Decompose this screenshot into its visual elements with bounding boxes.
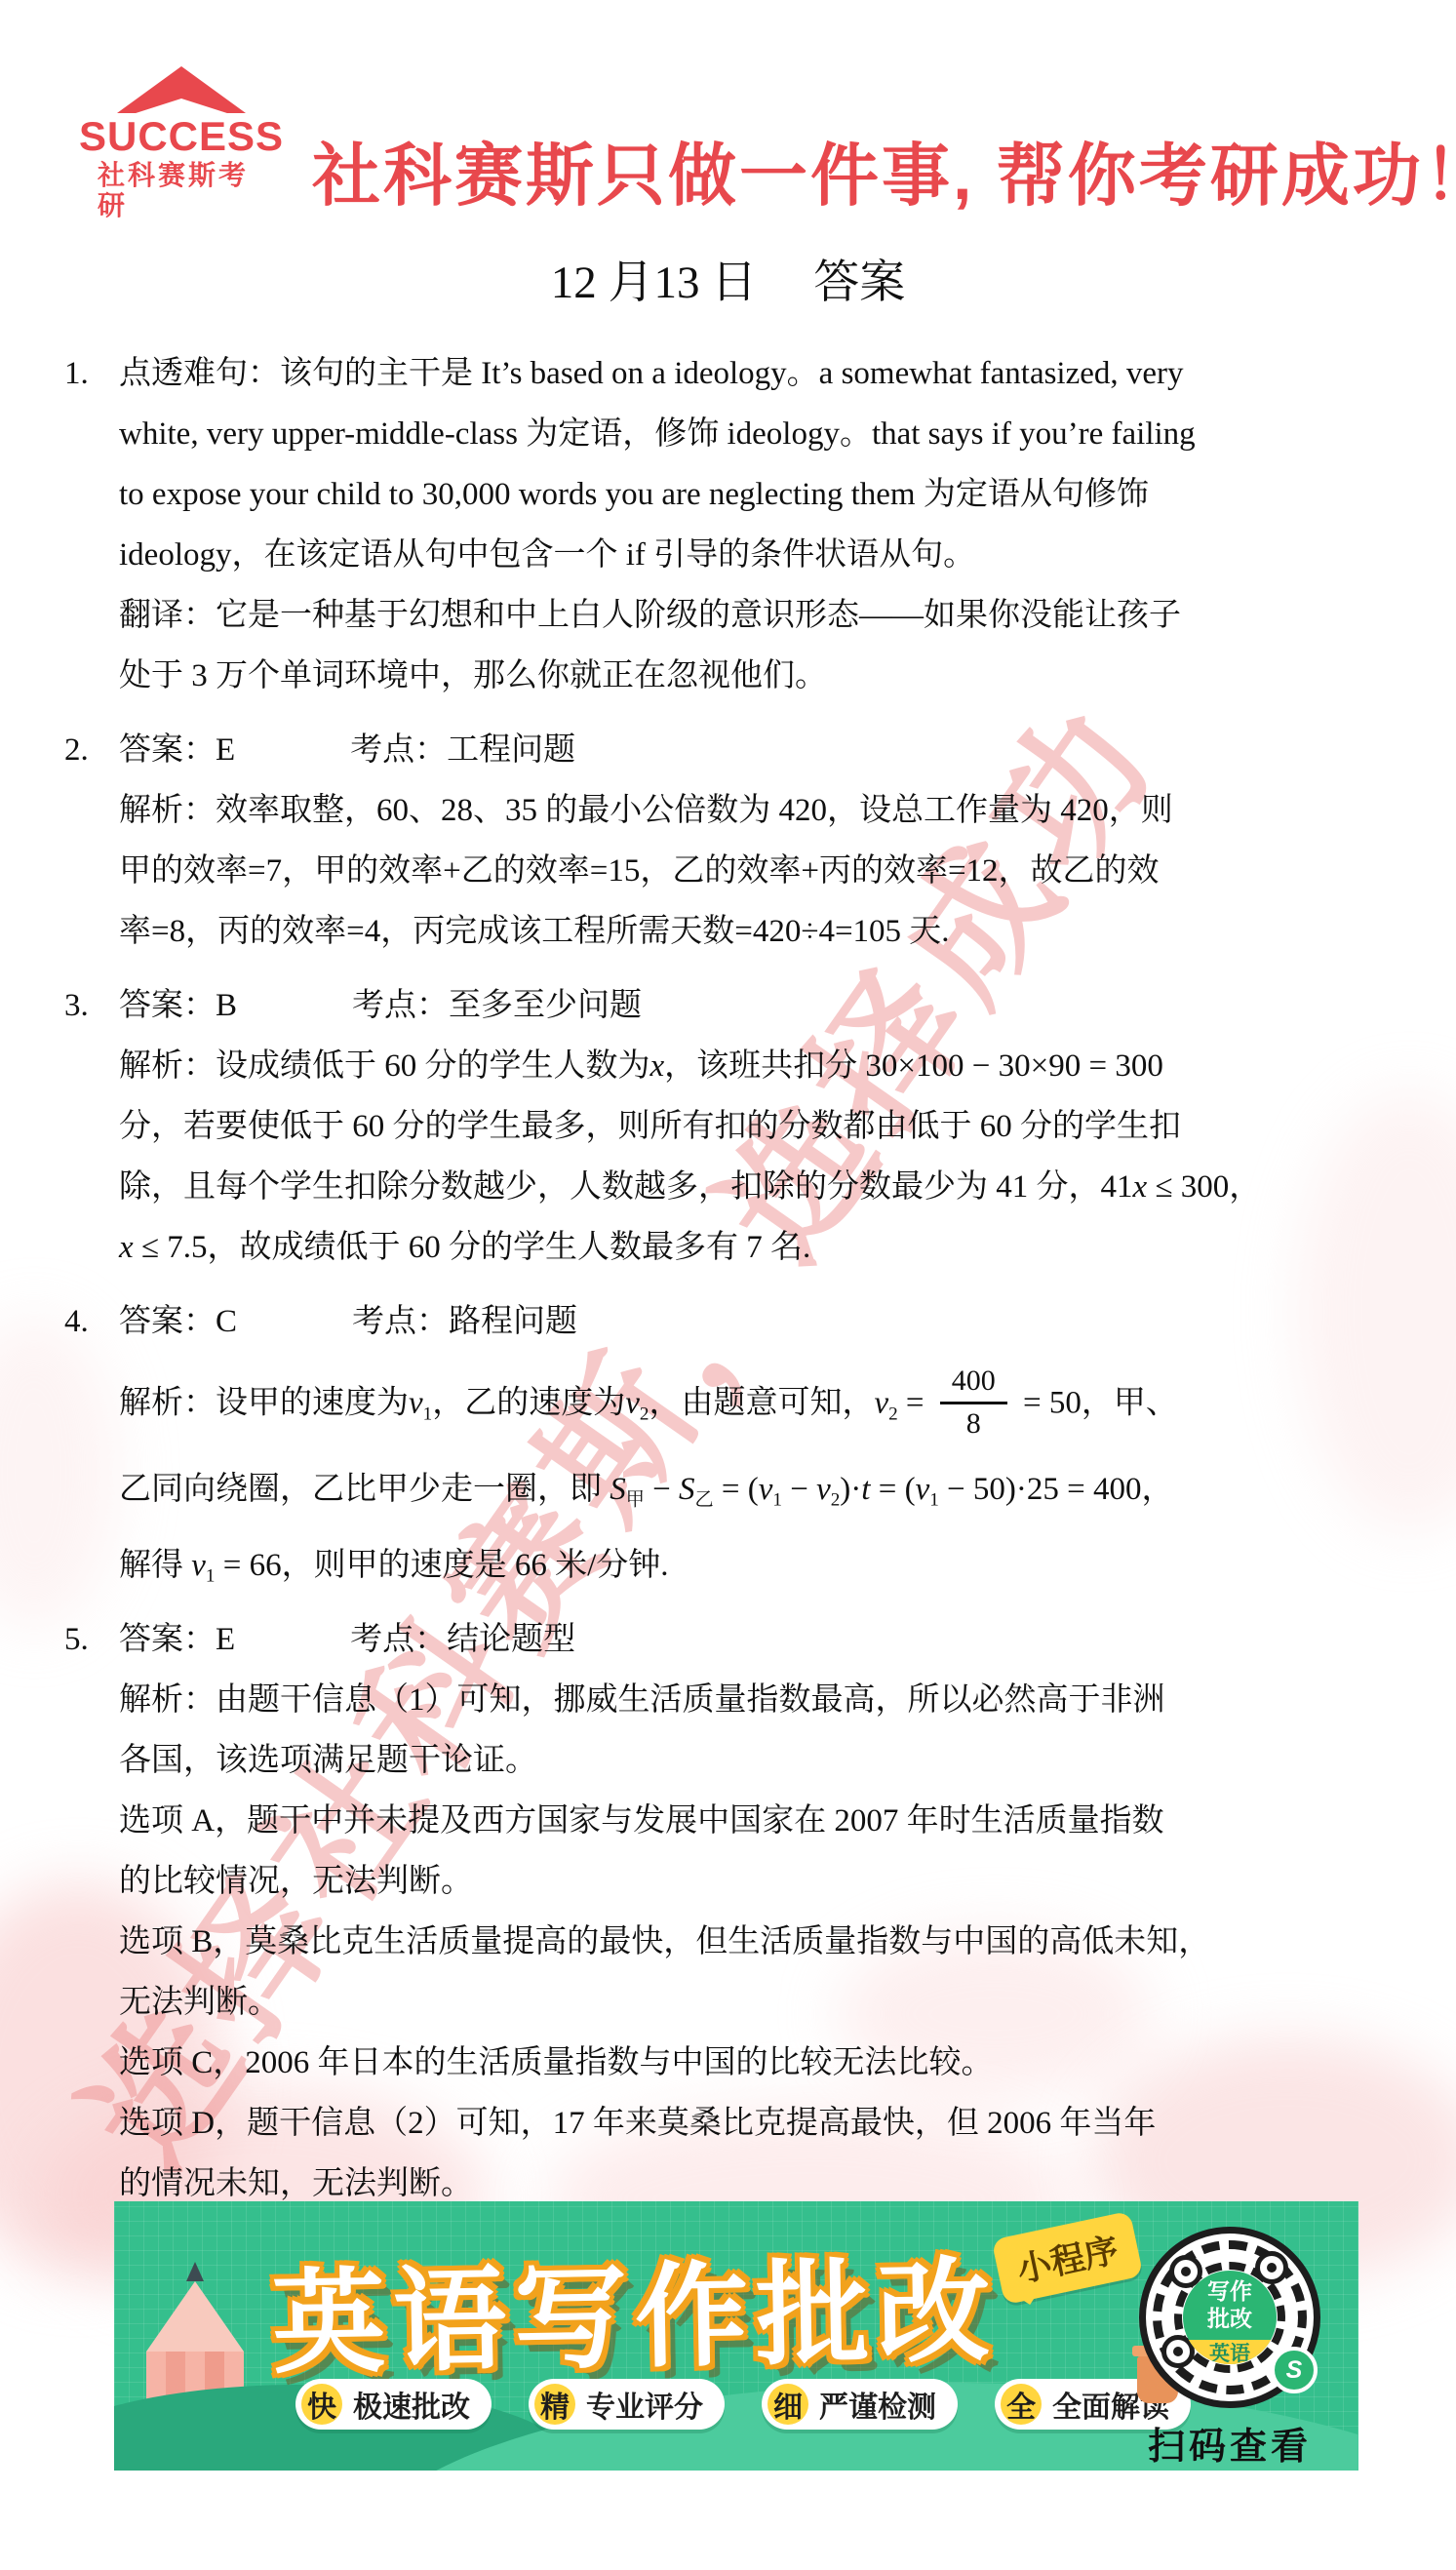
math-subscript: 2 [831,1490,841,1511]
math-fraction: 4008 [940,1364,1007,1441]
answers-list: 1.点透难句：该句的主干是 It’s based on a ideology。a… [64,343,1399,2228]
math-variable: x [650,1048,665,1084]
roof-triangle-icon [117,66,246,113]
answer-line: 解析：设甲的速度为v1，乙的速度为v2，由题意可知，v2 = 4008 = 50… [119,1367,1399,1443]
answer-line: 的比较情况，无法判断。 [119,1851,1399,1912]
answer-line: 答案：E考点：结论题型 [119,1609,1399,1670]
answer-line: ideology，在该定语从句中包含一个 if 引导的条件状语从句。 [119,525,1399,585]
header: SUCCESS 社科赛斯考研 社科赛斯只做一件事, 帮你考研成功！ [98,66,1397,221]
answer-body: 答案：E考点：工程问题解析：效率取整，60、28、35 的最小公倍数为 420，… [119,720,1399,962]
answer-line: x ≤ 7.5，故成绩低于 60 分的学生人数最多有 7 名. [119,1217,1399,1278]
answer-line: 各国，该选项满足题干论证。 [119,1730,1399,1791]
qr-center-line2: 批改 [1183,2305,1277,2332]
success-logo: SUCCESS 社科赛斯考研 [98,66,265,221]
title-date: 12 月13 日 [551,257,758,308]
math-subscript: 1 [772,1490,782,1511]
answer-number: 3. [64,975,119,1278]
answer-line: 分，若要使低于 60 分的学生最多，则所有扣的分数都由低于 60 分的学生扣 [119,1096,1399,1157]
answer-item: 5.答案：E考点：结论题型解析：由题干信息（1）可知，挪威生活质量指数最高，所以… [64,1609,1399,2214]
banner-title: 英语写作批改 [271,2221,1000,2396]
math-subscript: 1 [929,1490,939,1511]
title-label: 答案 [813,257,905,308]
answer-number: 4. [64,1291,119,1596]
pencil-cone [146,2281,244,2352]
math-variable: v [409,1386,423,1421]
scan-label: 扫码查看 [1115,2416,1345,2470]
answer-line: 乙同向绕圈，乙比甲少走一圈，即 S甲 − S乙 = (v1 − v2)·t = … [119,1459,1399,1520]
fraction-numerator: 400 [940,1364,1007,1404]
pencil-tip [186,2262,204,2281]
answer-line: 无法判断。 [119,1972,1399,2033]
document-page: 选择社科赛斯，选择成功 SUCCESS 社科赛斯考研 社科赛斯只做一件事, 帮你… [0,0,1456,2570]
answer-body: 答案：B考点：至多至少问题解析：设成绩低于 60 分的学生人数为x，该班共扣分 … [119,975,1399,1278]
answer-line: 解析：由题干信息（1）可知，挪威生活质量指数最高，所以必然高于非洲 [119,1670,1399,1730]
qr-code: 写作 批改 英语 S [1139,2227,1320,2408]
feature-label: 极速批改 [353,2383,470,2426]
answer-line: 点透难句：该句的主干是 It’s based on a ideology。a s… [119,343,1399,404]
math-variable: x [119,1230,134,1265]
answer-line: 选项 A，题干中并未提及西方国家与发展中国家在 2007 年时生活质量指数 [119,1791,1399,1851]
feature-pill: 细严谨检测 [762,2379,958,2430]
answer-line: 选项 B，莫桑比克生活质量提高的最快，但生活质量指数与中国的高低未知， [119,1912,1399,1972]
answer-line: 选项 D，题干信息（2）可知，17 年来莫桑比克提高最快，但 2006 年当年 [119,2093,1399,2154]
answer-number: 1. [64,343,119,706]
math-variable: v [625,1386,640,1421]
qr-center-label: 写作 批改 英语 [1183,2271,1277,2364]
feature-tag-circle: 全 [1001,2384,1042,2425]
feature-pill: 精专业评分 [529,2379,725,2430]
math-variable: v [759,1472,773,1507]
answer-line: 选项 C，2006 年日本的生活质量指数与中国的比较无法比较。 [119,2033,1399,2093]
math-variable: v [191,1548,206,1583]
answer-line: 解析：设成绩低于 60 分的学生人数为x，该班共扣分 30×100 − 30×9… [119,1036,1399,1096]
answer-body: 答案：E考点：结论题型解析：由题干信息（1）可知，挪威生活质量指数最高，所以必然… [119,1609,1399,2214]
answer-line: 翻译：它是一种基于幻想和中上白人阶级的意识形态——如果你没能让孩子 [119,585,1399,646]
answer-item: 4.答案：C考点：路程问题解析：设甲的速度为v1，乙的速度为v2，由题意可知，v… [64,1291,1399,1596]
brand-subtitle: 社科赛斯考研 [98,161,265,221]
math-subscript: 乙 [695,1490,714,1511]
math-subscript: 1 [423,1404,433,1424]
answer-line: 答案：E考点：工程问题 [119,720,1399,780]
mini-program-icon: S [1271,2347,1318,2393]
answer-line: 答案：B考点：至多至少问题 [119,975,1399,1036]
math-subscript: 甲 [626,1490,645,1511]
answer-item: 2.答案：E考点：工程问题解析：效率取整，60、28、35 的最小公倍数为 42… [64,720,1399,962]
answer-line: 解得 v1 = 66，则甲的速度是 66 米/分钟. [119,1535,1399,1596]
answer-line: to expose your child to 30,000 words you… [119,464,1399,525]
math-variable: x [1133,1169,1148,1205]
answer-line: 率=8，丙的效率=4，丙完成该工程所需天数=420÷4=105 天. [119,901,1399,962]
header-slogan: 社科赛斯只做一件事, 帮你考研成功！ [312,121,1456,221]
promo-banner: 英语写作批改 小程序 快极速批改精专业评分细严谨检测全全面解读 写作 批改 [114,2201,1358,2471]
feature-label: 专业评分 [586,2383,703,2426]
page-title: 12 月13 日答案 [0,246,1456,311]
qr-section: 写作 批改 英语 S 扫码查看 [1115,2227,1345,2470]
answer-line: white, very upper-middle-class 为定语，修饰 id… [119,404,1399,464]
banner-features: 快极速批改精专业评分细严谨检测全全面解读 [295,2379,1191,2430]
math-variable: v [874,1386,888,1421]
math-variable: v [816,1472,831,1507]
qr-finder-dot [1255,2251,1288,2284]
feature-tag-circle: 快 [301,2384,342,2425]
math-variable: S [679,1472,695,1507]
fraction-denominator: 8 [940,1404,1007,1442]
answer-line: 答案：C考点：路程问题 [119,1291,1399,1352]
answer-item: 1.点透难句：该句的主干是 It’s based on a ideology。a… [64,343,1399,706]
answer-line: 处于 3 万个单词环境中，那么你就正在忽视他们。 [119,646,1399,706]
answer-line: 除，且每个学生扣除分数越少，人数越多，扣除的分数最少为 41 分，41x ≤ 3… [119,1157,1399,1217]
brand-name: SUCCESS [79,115,284,158]
answer-number: 5. [64,1609,119,2214]
feature-pill: 快极速批改 [295,2379,492,2430]
math-subscript: 2 [888,1404,898,1424]
math-subscript: 2 [640,1404,649,1424]
feature-tag-circle: 细 [767,2384,808,2425]
answer-item: 3.答案：B考点：至多至少问题解析：设成绩低于 60 分的学生人数为x，该班共扣… [64,975,1399,1278]
answer-body: 答案：C考点：路程问题解析：设甲的速度为v1，乙的速度为v2，由题意可知，v2 … [119,1291,1399,1596]
answer-line: 甲的效率=7，甲的效率+乙的效率=15，乙的效率+丙的效率=12，故乙的效 [119,841,1399,901]
math-variable: S [610,1472,626,1507]
answer-body: 点透难句：该句的主干是 It’s based on a ideology。a s… [119,343,1399,706]
feature-tag-circle: 精 [534,2384,575,2425]
answer-number: 2. [64,720,119,962]
feature-label: 严谨检测 [819,2383,936,2426]
math-variable: v [916,1472,930,1507]
answer-line: 的情况未知，无法判断。 [119,2154,1399,2214]
answer-line: 解析：效率取整，60、28、35 的最小公倍数为 420，设总工作量为 420，… [119,780,1399,841]
math-variable: t [861,1472,870,1507]
math-subscript: 1 [206,1566,216,1587]
